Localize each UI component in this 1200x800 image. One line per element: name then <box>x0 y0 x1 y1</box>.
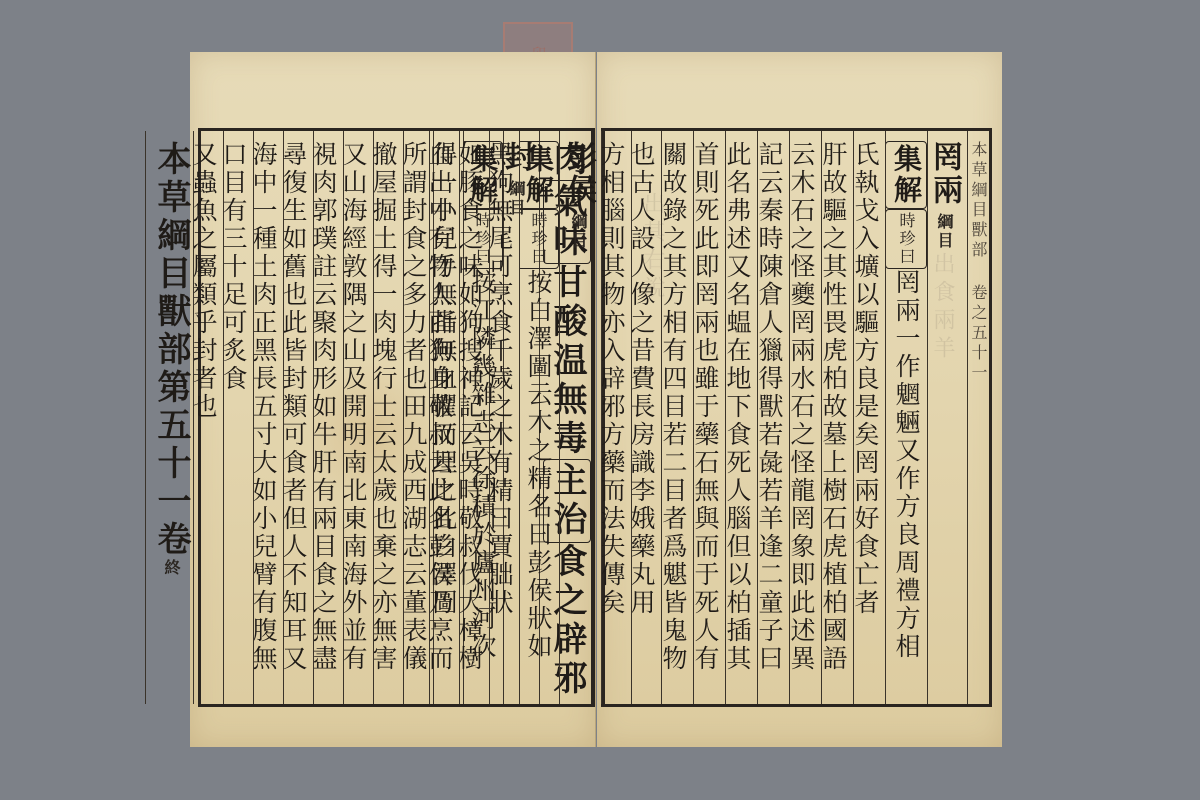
column-text: 關故錄之其方相有四目若二目者爲魌皆鬼物 <box>661 141 688 673</box>
end-mark: 終 <box>162 559 181 577</box>
column-text: 肝故驅之其性畏虎柏故墓上樹石虎植柏國語 <box>821 141 848 673</box>
column-text: 口目有三十足可炙食 <box>223 141 248 393</box>
chapter-title: 本草綱目獸部第五十一卷 <box>151 141 191 559</box>
text-column: 尋復生如舊也此皆封類可食者但人不知耳又 <box>283 131 313 704</box>
column-text: 血出中有物人面狗身敬叔云此名彭侯乃烹而 <box>429 141 454 673</box>
text-column: 關故錄之其方相有四目若二目者爲魌皆鬼物 <box>661 131 693 704</box>
section-label: 集解 <box>519 141 559 209</box>
entry-heading: 彭侯 <box>561 141 596 207</box>
text-column: 云木石之怪夔罔兩水石之怪龍罔象即此述異 <box>789 131 821 704</box>
column-text: 罔兩一作魍魎又作方良周禮方相 <box>892 269 921 661</box>
column-text: 首則死此即罔兩也雖于藥石無與而于死人有 <box>693 141 720 673</box>
column-text: 方相腦則其物亦入辟邪方藥而法失傳矣 <box>601 141 626 617</box>
text-column: 記云秦時陳倉人獵得獸若彘若羊逢二童子曰 <box>757 131 789 704</box>
source-note: 綱目 <box>935 213 954 251</box>
column-text: 記云秦時陳倉人獵得獸若彘若羊逢二童子曰 <box>757 141 784 673</box>
text-column: 首則死此即罔兩也雖于藥石無與而于死人有 <box>693 131 725 704</box>
column-text: 所謂封食之多力者也田九成西湖志云董表儀 <box>403 141 428 673</box>
column-text: 按白澤圖云木之精名曰彭侯狀如 <box>524 269 553 661</box>
text-column: 視肉郭璞註云聚肉形如牛肝有兩目食之無盡 <box>313 131 343 704</box>
column-text: 又山海經敦隅之山及開明南北東南海外並有 <box>343 141 368 673</box>
text-column: 血出中有物人面狗身敬叔云此名彭侯乃烹而 <box>429 131 459 704</box>
text-column: 罔兩綱目 <box>927 131 967 704</box>
column-text: 也古人設人像之昔費長房識李娥藥丸用 <box>631 141 656 617</box>
column-text: 黑狗無尾可烹食千歲之木有精曰賈朏狀 <box>489 141 514 617</box>
text-column: 彭侯綱目 <box>559 131 601 704</box>
text-column: 集解時珍曰罔兩一作魍魎又作方良周禮方相 <box>885 131 927 704</box>
column-text: 撤屋掘土得一肉塊行士云太歲也棄之亦無害 <box>373 141 398 673</box>
text-column: 又蟲魚之屬類乎封者也 <box>193 131 223 704</box>
text-column: 撤屋掘土得一肉塊行士云太歲也棄之亦無害 <box>373 131 403 704</box>
column-text: 尋復生如舊也此皆封類可食者但人不知耳又 <box>283 141 308 673</box>
text-column: 氏執戈入壙以驅方良是矣罔兩好食亡者 <box>853 131 885 704</box>
right-page-columns: 本草綱目獸部 卷之五十一罔兩綱目集解時珍曰罔兩一作魍魎又作方良周禮方相氏執戈入壙… <box>605 131 989 704</box>
text-column: 本草綱目獸部 卷之五十一 <box>967 131 989 704</box>
column-text: 此名弗述又名蝹在地下食死人腦但以柏插其 <box>725 141 752 673</box>
text-column: 又山海經敦隅之山及開明南北東南海外並有 <box>343 131 373 704</box>
text-column: 方相腦則其物亦入辟邪方藥而法失傳矣 <box>601 131 631 704</box>
text-column: 集解時珍曰按白澤圖云木之精名曰彭侯狀如 <box>519 131 559 704</box>
right-page-frame: 本草綱目獸部 卷之五十一罔兩綱目集解時珍曰罔兩一作魍魎又作方良周禮方相氏執戈入壙… <box>601 128 992 707</box>
column-text: 如豚食之味如狗搜神記云吳時敬叔伐大樟樹 <box>459 141 484 673</box>
margin-label: 本草綱目獸部 卷之五十一 <box>969 141 988 384</box>
text-column: 海中一種土肉正黑長五寸大如小兒臂有腹無 <box>253 131 283 704</box>
text-column: 黑狗無尾可烹食千歲之木有精曰賈朏狀 <box>489 131 519 704</box>
source-note: 綱目 <box>569 213 588 251</box>
text-column: 此名弗述又名蝹在地下食死人腦但以柏插其 <box>725 131 757 704</box>
right-page: 出其右說 出食兩羊 本草綱目獸部 卷之五十一罔兩綱目集解時珍曰罔兩一作魍魎又作方… <box>597 52 1002 747</box>
column-text: 氏執戈入壙以驅方良是矣罔兩好食亡者 <box>853 141 880 617</box>
text-column: 如豚食之味如狗搜神記云吳時敬叔伐大樟樹 <box>459 131 489 704</box>
column-text: 又蟲魚之屬類乎封者也 <box>193 141 218 421</box>
column-text: 云木石之怪夔罔兩水石之怪龍罔象即此述異 <box>789 141 816 673</box>
text-column: 肝故驅之其性畏虎柏故墓上樹石虎植柏國語 <box>821 131 853 704</box>
column-text: 海中一種土肉正黑長五寸大如小兒臂有腹無 <box>253 141 278 673</box>
boxed-label: 時珍曰 <box>885 209 927 269</box>
section-label: 集解 <box>885 141 927 209</box>
open-book: 肉氣味甘酸温無毒主治食之辟邪令人志壯白澤封綱目集解時珍曰按江隣幾雜志云徐積於廬州… <box>190 52 1002 747</box>
boxed-label: 時珍曰 <box>519 209 559 269</box>
text-column: 也古人設人像之昔費長房識李娥藥丸用 <box>631 131 661 704</box>
text-column: 本草綱目獸部第五十一卷終 <box>145 131 193 704</box>
text-column: 口目有三十足可炙食 <box>223 131 253 704</box>
column-text: 視肉郭璞註云聚肉形如牛肝有兩目食之無盡 <box>313 141 338 673</box>
entry-heading: 罔兩 <box>927 141 962 207</box>
